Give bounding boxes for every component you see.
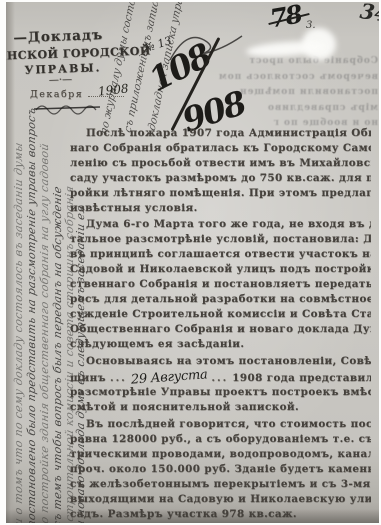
dotted-gap: ...: [211, 372, 228, 384]
paragraph-1: Послѣ пожара 1907 года Администрація Общ…: [70, 126, 371, 215]
dotted-gap: ...: [110, 372, 127, 384]
paragraph-4: Въ послѣдней говорится, что стоимость по…: [70, 417, 371, 521]
corner-small-number: 3.: [306, 20, 316, 31]
crossed-out-scribble: [34, 100, 104, 118]
margin-note: постановлено было представить на разсмот…: [25, 106, 38, 523]
paragraph-3-inline-date-line: шинъ ... 29 Августа ... 1908 года предст…: [70, 371, 371, 386]
handwritten-year: 1908: [97, 81, 129, 98]
page-number: 34: [358, 2, 379, 27]
date-label: Декабря: [30, 89, 83, 100]
scan-bottom-shadow: [6, 509, 379, 523]
document-page: и о томъ что по сему докладу состоялось …: [6, 2, 379, 523]
office-stamp: —Докладъ ИНСКОЙ ГОРОДСКОЙ УПРАВЫ. —·—: [6, 25, 157, 88]
paragraph-2: Дума 6-го Марта того же года, не входя в…: [70, 217, 371, 351]
stamp-title: —Докладъ: [6, 25, 156, 47]
line-text: шинъ: [70, 372, 106, 384]
scanned-document-page: и о томъ что по сему докладу состоялось …: [0, 0, 381, 525]
paragraph-3-first: Основываясь на этомъ постановленіи, Совѣ…: [70, 354, 371, 369]
handwritten-inline-date: 29 Августа: [130, 371, 207, 386]
typed-body: Послѣ пожара 1907 года Администрація Общ…: [70, 126, 371, 523]
margin-note: и о томъ что по сему докладу состоялось …: [12, 141, 25, 523]
margin-note: о постройке зданія общественнаго собрані…: [38, 142, 51, 523]
line-text: 1908 года представилъ на: [232, 372, 371, 384]
paragraph-3-rest: разсмотрѣніе Управы проектъ построекъ вм…: [70, 385, 371, 415]
